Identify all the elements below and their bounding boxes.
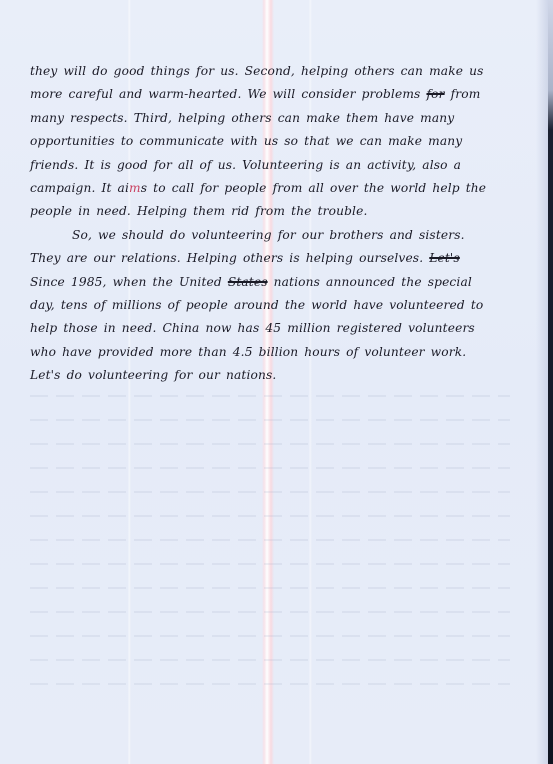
struck-out-word: for xyxy=(426,87,444,101)
essay-text: Since 1985, when the United xyxy=(30,275,228,289)
essay-paragraph-1: they will do good things for us. Second,… xyxy=(30,60,490,224)
handwritten-essay: they will do good things for us. Second,… xyxy=(30,60,490,388)
scan-edge-shadow xyxy=(536,0,548,764)
struck-out-word: States xyxy=(228,275,268,289)
scan-edge xyxy=(548,0,553,764)
bleed-through-text xyxy=(30,395,510,725)
scanned-page: they will do good things for us. Second,… xyxy=(0,0,553,764)
essay-text: they will do good things for us. Second,… xyxy=(30,64,484,101)
correction-mark: m xyxy=(129,181,141,195)
essay-text: So, we should do volunteering for our br… xyxy=(30,228,465,265)
essay-text: from many respects. Third, helping other… xyxy=(30,87,480,195)
struck-out-word: Let's xyxy=(429,251,460,265)
essay-text: nations announced the special day, tens … xyxy=(30,275,483,383)
essay-paragraph-2: So, we should do volunteering for our br… xyxy=(30,224,490,388)
